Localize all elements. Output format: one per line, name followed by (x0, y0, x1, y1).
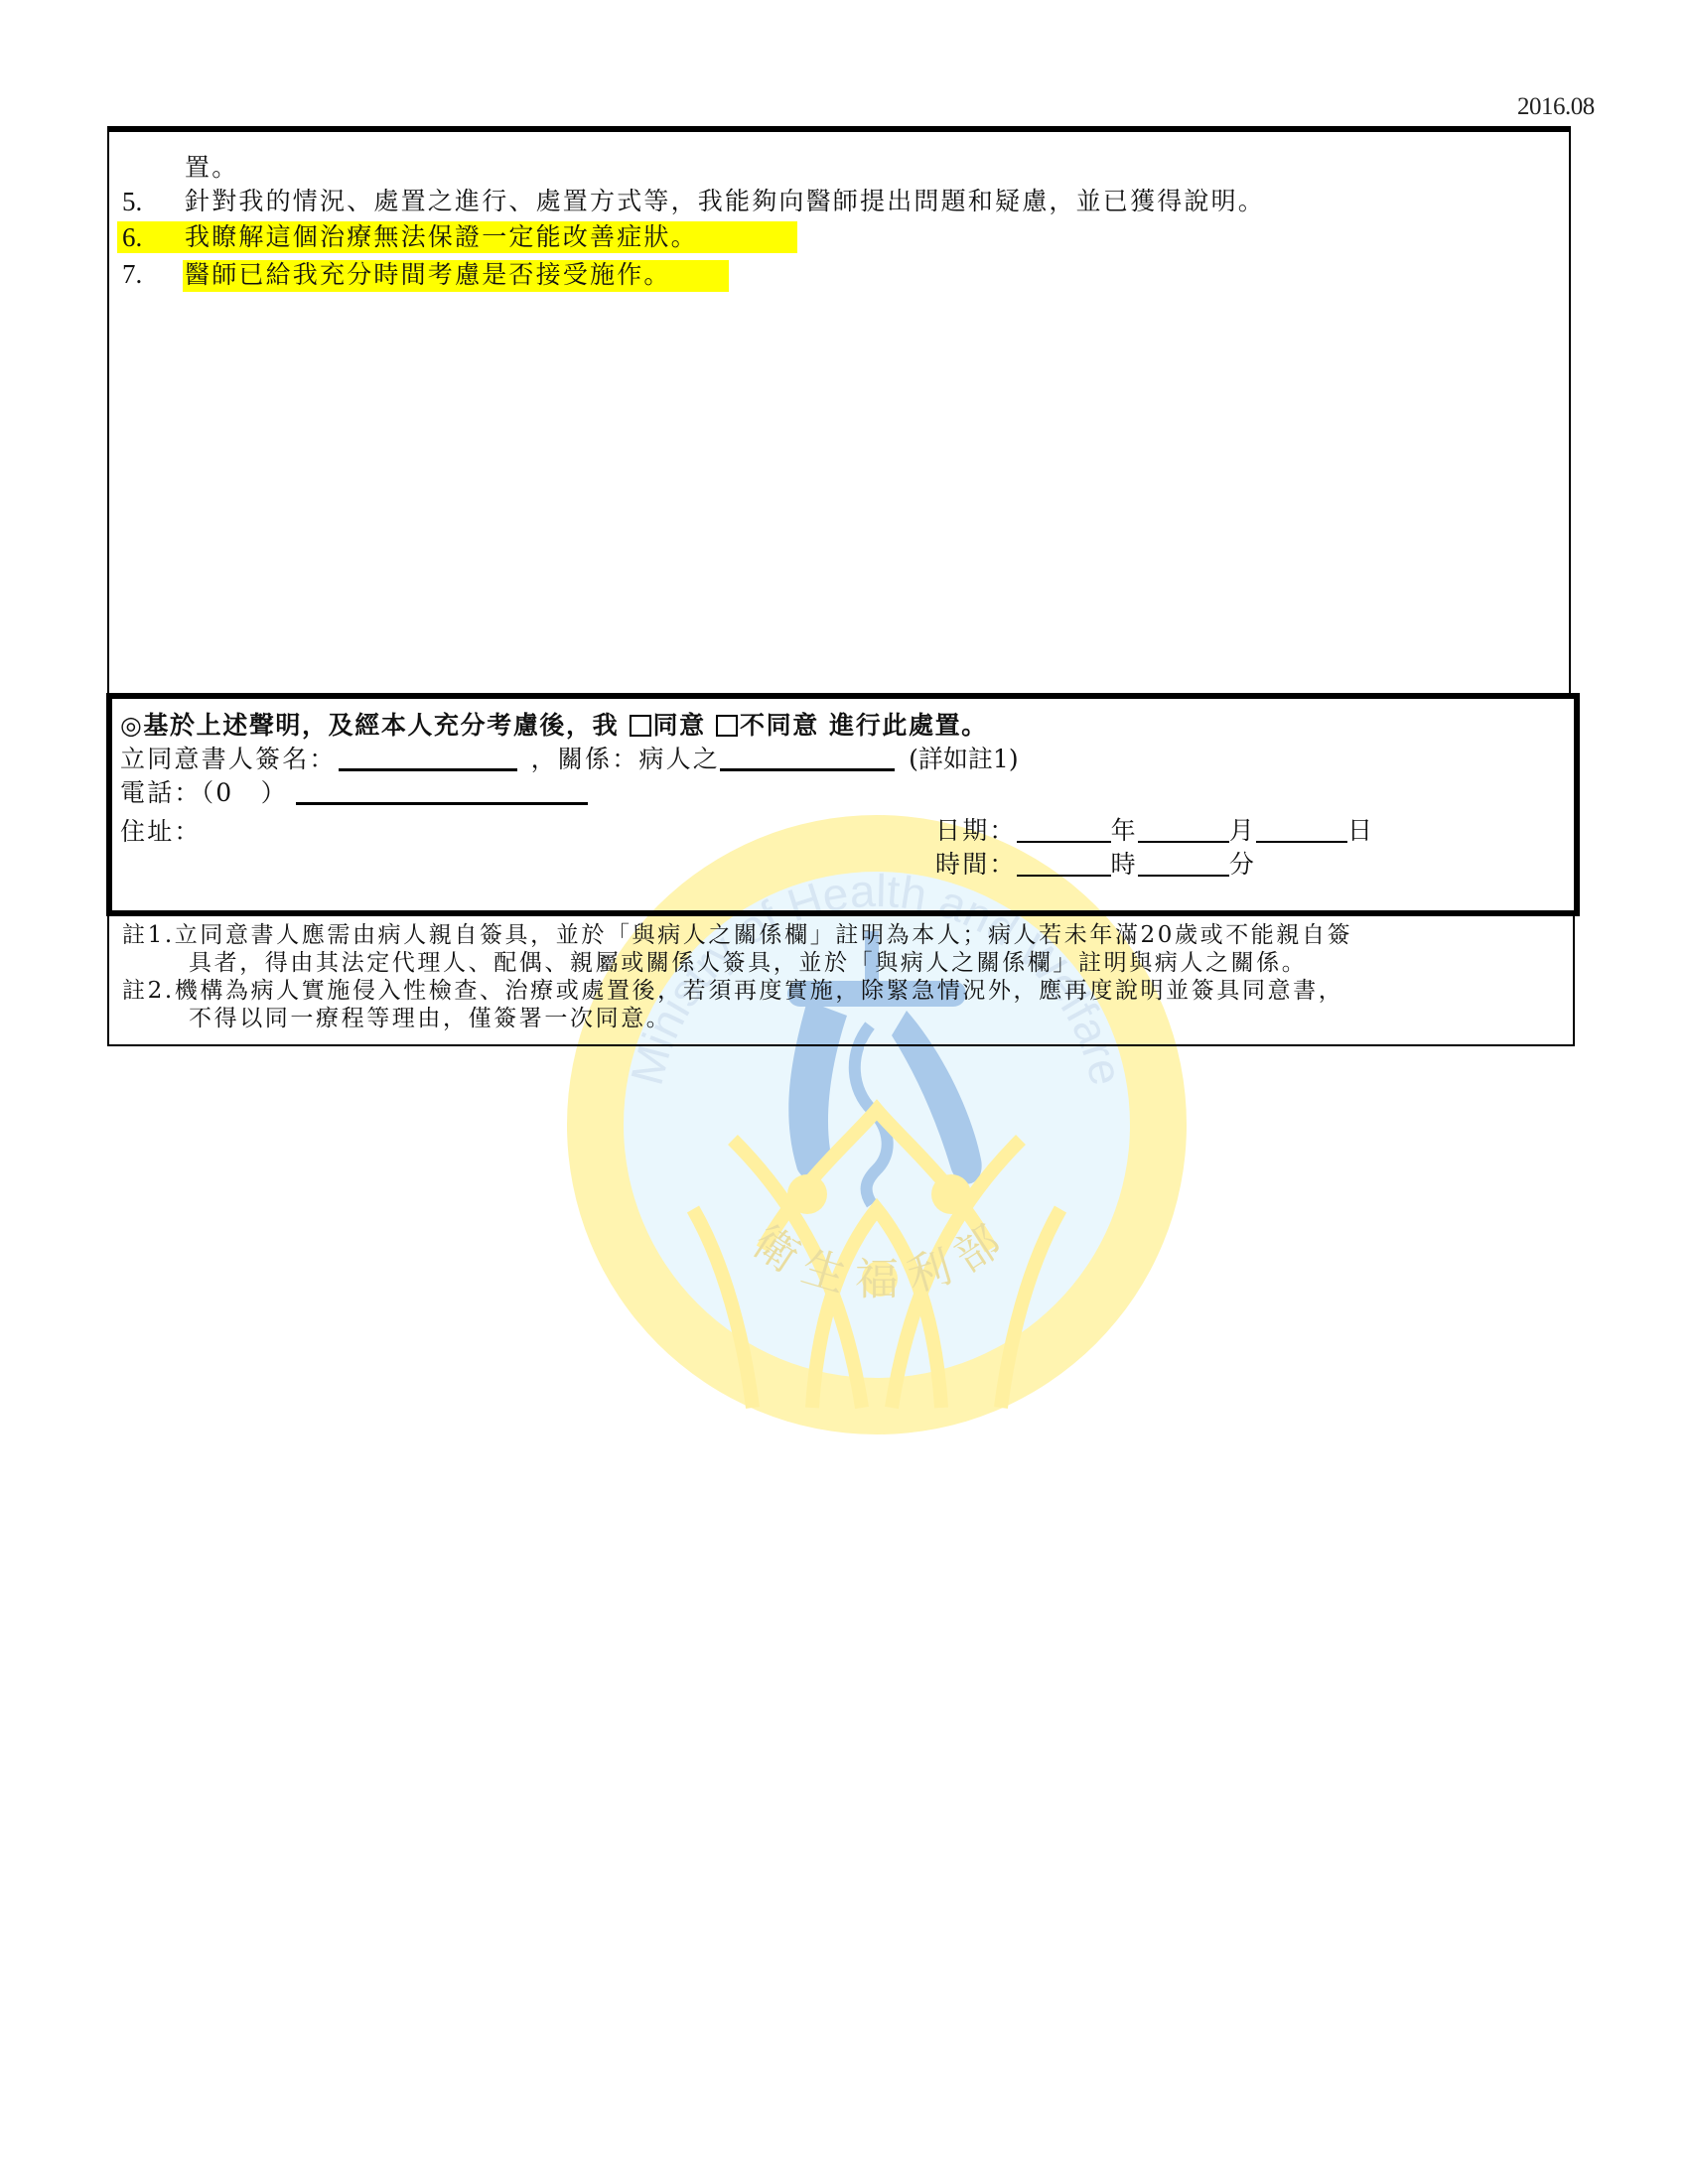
date-label: 日期： (935, 816, 1017, 845)
relation-note: (詳如註1) (909, 745, 1018, 773)
signer-label: 立同意書人簽名： (120, 745, 337, 773)
item-number: 5. (122, 187, 142, 217)
disagree-label: 不同意 (740, 711, 819, 740)
svg-text:衛 生 福 利 部: 衛 生 福 利 部 (744, 1216, 1010, 1304)
year-field[interactable] (1017, 819, 1111, 843)
consent-statement: ◎基於上述聲明，及經本人充分考慮後，我 同意 不同意 進行此處置。 (120, 711, 988, 741)
hour-field[interactable] (1017, 853, 1111, 877)
address-field[interactable] (202, 816, 797, 840)
form-version: 2016.08 (1517, 93, 1595, 121)
agree-option[interactable]: 同意 (630, 711, 706, 740)
month-field[interactable] (1138, 819, 1229, 843)
signer-signature-field[interactable] (339, 747, 517, 771)
consent-prefix: ◎基於上述聲明，及經本人充分考慮後，我 (120, 711, 619, 740)
relation-label: ，關係：病人之 (531, 745, 720, 773)
statement-box: 置。 5. 針對我的情況、處置之進行、處置方式等，我能夠向醫師提出問題和疑慮，並… (107, 126, 1571, 695)
day-unit: 日 (1347, 816, 1374, 845)
item-number: 7. (122, 259, 142, 290)
disagree-option[interactable]: 不同意 (716, 711, 819, 740)
hour-unit: 時 (1111, 850, 1138, 879)
year-unit: 年 (1111, 816, 1138, 845)
signer-row: 立同意書人簽名：，關係：病人之 (詳如註1) (120, 745, 1019, 774)
time-label: 時間： (935, 850, 1017, 879)
statement-continuation: 置。 (185, 153, 238, 183)
item-number: 6. (122, 222, 142, 253)
relation-field[interactable] (720, 747, 895, 771)
note-2-line-2: 不得以同一療程等理由，僅簽署一次同意。 (189, 1005, 671, 1032)
date-row: 日期：年月日 (935, 816, 1374, 846)
disagree-checkbox[interactable] (716, 715, 738, 737)
agree-label: 同意 (653, 711, 706, 740)
phone-row: 電話：（0 ） (120, 778, 588, 808)
address-label: 住址： (120, 817, 202, 846)
item-text: 針對我的情況、處置之進行、處置方式等，我能夠向醫師提出問題和疑慮，並已獲得說明。 (185, 187, 1265, 216)
note-1-line-2: 具者，得由其法定代理人、配偶、親屬或關係人簽具，並於「與病人之關係欄」註明與病人… (189, 949, 1307, 977)
notes-box: 註1.立同意書人應需由病人親自簽具，並於「與病人之關係欄」註明為本人；病人若未年… (107, 915, 1575, 1046)
day-field[interactable] (1256, 819, 1347, 843)
time-row: 時間：時分 (935, 850, 1256, 880)
phone-label: 電話：（0 ） (120, 778, 288, 807)
consent-suffix: 進行此處置。 (829, 711, 988, 740)
agree-checkbox[interactable] (630, 715, 651, 737)
phone-field[interactable] (296, 780, 588, 805)
minute-unit: 分 (1229, 850, 1256, 879)
address-row: 住址： (120, 816, 797, 847)
minute-field[interactable] (1138, 853, 1229, 877)
consent-box: ◎基於上述聲明，及經本人充分考慮後，我 同意 不同意 進行此處置。 立同意書人簽… (106, 693, 1580, 916)
item-text: 我瞭解這個治療無法保證一定能改善症狀。 (185, 222, 698, 252)
month-unit: 月 (1229, 816, 1256, 845)
note-1-line-1: 註1.立同意書人應需由病人親自簽具，並於「與病人之關係欄」註明為本人；病人若未年… (122, 921, 1352, 949)
item-text: 醫師已給我充分時間考慮是否接受施作。 (185, 260, 671, 290)
note-2-line-1: 註2.機構為病人實施侵入性檢查、治療或處置後，若須再度實施，除緊急情況外，應再度… (122, 977, 1343, 1005)
